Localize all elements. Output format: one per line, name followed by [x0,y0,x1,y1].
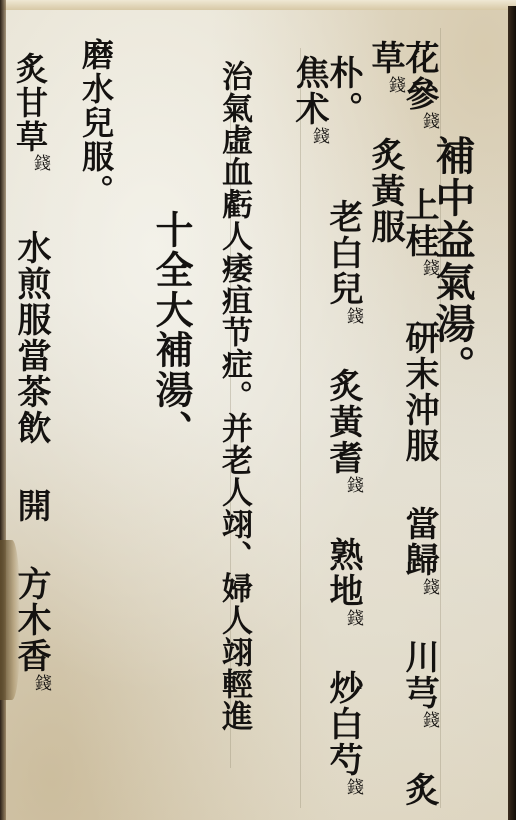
herb-entry: 川芎錢 [399,639,439,730]
herb-entry: 老白兒錢 [323,199,363,326]
herb-entry: 炙甘草錢 [11,52,49,173]
herb-entry: 炒白芍錢 [323,670,363,797]
herb-entry: 炙黃耆錢 [323,368,363,495]
herb-entry: 熟地錢 [323,537,363,628]
herb-list-column-8: 水煎服當茶飲 開 方木香錢 [14,230,48,693]
decoction-instruction: 水煎服當茶飲 [11,230,51,446]
book-spine [508,6,516,820]
herb-entry: 當歸錢 [399,506,439,597]
herb-entry: 方木香錢 [11,566,51,693]
prescription-title-shiquan-dabu-tang: 十全大補湯、 [152,210,190,450]
herb-entry: 上桂錢 [399,173,439,278]
herb-entry: 焦术錢 [289,55,329,146]
herb-list-column-2: 花參錢 上桂錢 研末沖服 當歸錢 川芎錢 炙草錢 炙黃服 [368,40,436,820]
herb-entry: 炙黃服 [365,137,405,245]
herb-note: 研末沖服 [399,320,439,464]
herb-list-column-3: 朴。 老白兒錢 炙黃耆錢 熟地錢 炒白芍錢 焦术錢 [292,55,360,820]
herb-entry: 花參錢 [399,40,439,131]
indication-text: 治氣虛血虧人痿疽节症。并老人翊、婦人翊輕進 [218,60,249,732]
herb-entry: 朴。 [323,55,363,157]
page-top-edge [0,0,516,10]
herb-list-column-7: 炙甘草錢 [14,52,46,173]
instruction-grind-with-water: 磨水兒服。 [80,38,112,208]
herb-entry: 開 [11,488,51,524]
